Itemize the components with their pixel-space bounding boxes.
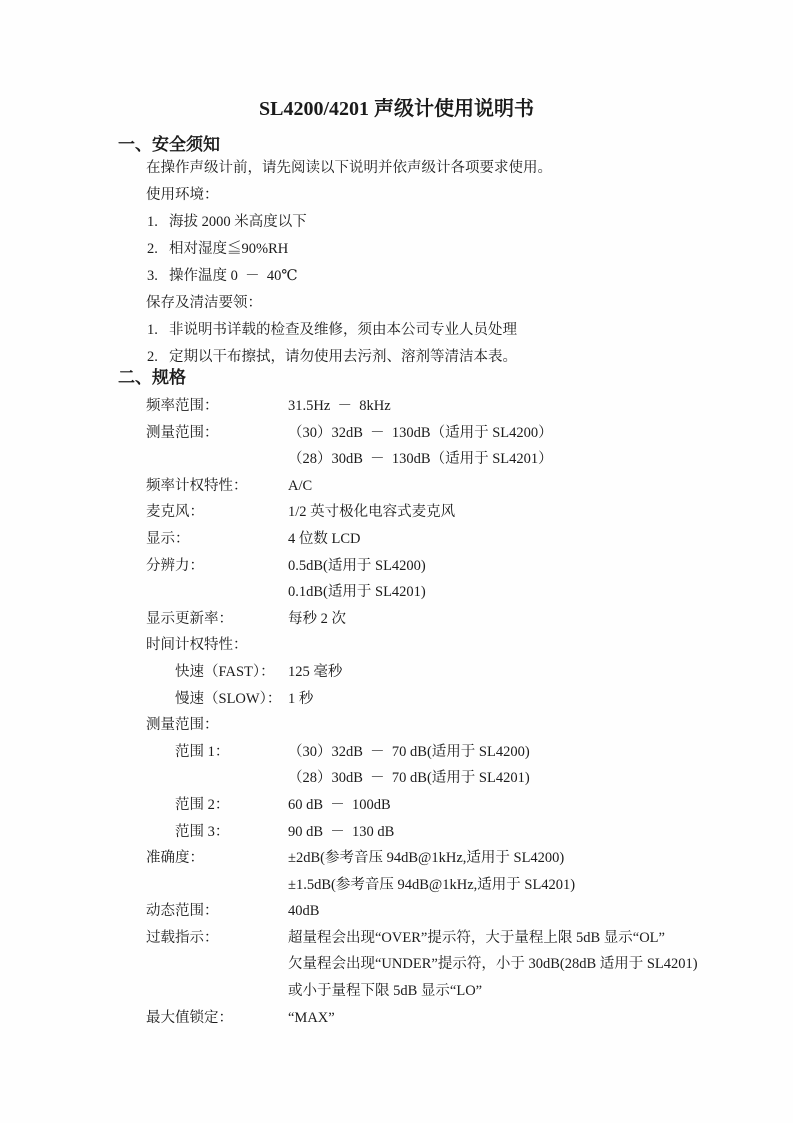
spec-label: 频率范围： [146,393,219,420]
spec-value: 40dB [288,898,319,925]
list-item: 1. 海拔 2000 米高度以下 [0,209,793,236]
list-item: 2. 相对湿度≦90%RH [0,236,793,263]
spec-row: 测量范围： （30）32dB － 130dB（适用于 SL4200） [0,420,793,447]
list-text: 非说明书详载的检查及维修，须由本公司专业人员处理 [169,317,517,344]
spec-row: 频率范围： 31.5Hz － 8kHz [0,393,793,420]
spec-label: 显示更新率： [146,606,233,633]
env-label-line: 使用环境： [0,182,793,209]
list-number: 3. [147,263,158,290]
spec-value: 或小于量程下限 5dB 显示“LO” [288,978,482,1005]
spec-value: （30）32dB － 70 dB(适用于 SL4200) [288,739,530,766]
spec-row: 显示更新率： 每秒 2 次 [0,606,793,633]
spec-label: 慢速（SLOW）： [175,686,281,713]
spec-row: 欠量程会出现“UNDER”提示符，小于 30dB(28dB 适用于 SL4201… [0,951,793,978]
spec-row: 准确度： ±2dB(参考音压 94dB@1kHz,适用于 SL4200) [0,845,793,872]
spec-row: （28）30dB － 130dB（适用于 SL4201） [0,446,793,473]
spec-label: 频率计权特性： [146,473,248,500]
spec-label: 最大值锁定： [146,1005,233,1032]
spec-value: 1 秒 [288,686,313,713]
spec-row: 过载指示： 超量程会出现“OVER”提示符，大于量程上限 5dB 显示“OL” [0,925,793,952]
list-item: 1. 非说明书详载的检查及维修，须由本公司专业人员处理 [0,317,793,344]
spec-value: 31.5Hz － 8kHz [288,393,391,420]
list-number: 1. [147,317,158,344]
spec-row: 范围 1： （30）32dB － 70 dB(适用于 SL4200) [0,739,793,766]
env-label: 使用环境： [146,182,219,209]
spec-value: 125 毫秒 [288,659,342,686]
spec-value: 60 dB － 100dB [288,792,391,819]
spec-label: 麦克风： [146,499,204,526]
list-item: 3. 操作温度 0 － 40℃ [0,263,793,290]
spec-value: 超量程会出现“OVER”提示符，大于量程上限 5dB 显示“OL” [288,925,665,952]
spec-row: 快速（FAST）： 125 毫秒 [0,659,793,686]
spec-value: “MAX” [288,1005,335,1032]
spec-label: 时间计权特性： [146,632,248,659]
spec-label: 过载指示： [146,925,219,952]
spec-row: 最大值锁定： “MAX” [0,1005,793,1032]
spec-value: ±2dB(参考音压 94dB@1kHz,适用于 SL4200) [288,845,564,872]
spec-row: 范围 2： 60 dB － 100dB [0,792,793,819]
spec-value: 每秒 2 次 [288,606,346,633]
list-text: 定期以干布擦拭，请勿使用去污剂、溶剂等清洁本表。 [169,344,517,371]
care-label: 保存及清洁要领： [146,290,262,317]
spec-row: 频率计权特性： A/C [0,473,793,500]
list-number: 2. [147,236,158,263]
spec-value: 1/2 英寸极化电容式麦克风 [288,499,455,526]
specs-section: 频率范围： 31.5Hz － 8kHz 测量范围： （30）32dB － 130… [0,393,793,1031]
spec-row: 0.1dB(适用于 SL4201) [0,579,793,606]
spec-label: 测量范围： [146,420,219,447]
spec-value: 4 位数 LCD [288,526,361,553]
spec-row: 时间计权特性： [0,632,793,659]
safety-intro-line: 在操作声级计前，请先阅读以下说明并依声级计各项要求使用。 [0,155,793,182]
spec-value: 0.1dB(适用于 SL4201) [288,579,426,606]
spec-row: 慢速（SLOW）： 1 秒 [0,686,793,713]
spec-label: 范围 2： [175,792,229,819]
spec-row: 显示： 4 位数 LCD [0,526,793,553]
spec-row: （28）30dB － 70 dB(适用于 SL4201) [0,765,793,792]
spec-value: 90 dB － 130 dB [288,819,394,846]
document-page: SL4200/4201 声级计使用说明书 一、安全须知 在操作声级计前，请先阅读… [0,0,793,1123]
spec-label: 分辨力： [146,553,204,580]
list-text: 操作温度 0 － 40℃ [169,263,298,290]
spec-row: ±1.5dB(参考音压 94dB@1kHz,适用于 SL4201) [0,872,793,899]
spec-value: A/C [288,473,312,500]
section-heading-safety: 一、安全须知 [118,130,220,155]
doc-title: SL4200/4201 声级计使用说明书 [0,92,793,121]
spec-value: ±1.5dB(参考音压 94dB@1kHz,适用于 SL4201) [288,872,575,899]
spec-value: 0.5dB(适用于 SL4200) [288,553,426,580]
spec-value: （30）32dB － 130dB（适用于 SL4200） [288,420,553,447]
spec-label: 准确度： [146,845,204,872]
safety-section: 在操作声级计前，请先阅读以下说明并依声级计各项要求使用。 使用环境： 1. 海拔… [0,155,793,371]
spec-row: 动态范围： 40dB [0,898,793,925]
safety-intro: 在操作声级计前，请先阅读以下说明并依声级计各项要求使用。 [146,155,552,182]
spec-label: 范围 3： [175,819,229,846]
spec-label: 快速（FAST）： [175,659,275,686]
section-heading-specs: 二、规格 [118,363,186,388]
spec-row: 或小于量程下限 5dB 显示“LO” [0,978,793,1005]
spec-value: 欠量程会出现“UNDER”提示符，小于 30dB(28dB 适用于 SL4201… [288,951,698,978]
list-text: 海拔 2000 米高度以下 [169,209,307,236]
spec-label: 显示： [146,526,190,553]
spec-value: （28）30dB － 70 dB(适用于 SL4201) [288,765,530,792]
spec-value: （28）30dB － 130dB（适用于 SL4201） [288,446,553,473]
spec-label: 测量范围： [146,712,219,739]
spec-row: 分辨力： 0.5dB(适用于 SL4200) [0,553,793,580]
list-text: 相对湿度≦90%RH [169,236,288,263]
spec-row: 范围 3： 90 dB － 130 dB [0,819,793,846]
spec-label: 范围 1： [175,739,229,766]
spec-label: 动态范围： [146,898,219,925]
list-number: 1. [147,209,158,236]
spec-row: 测量范围： [0,712,793,739]
care-label-line: 保存及清洁要领： [0,290,793,317]
spec-row: 麦克风： 1/2 英寸极化电容式麦克风 [0,499,793,526]
